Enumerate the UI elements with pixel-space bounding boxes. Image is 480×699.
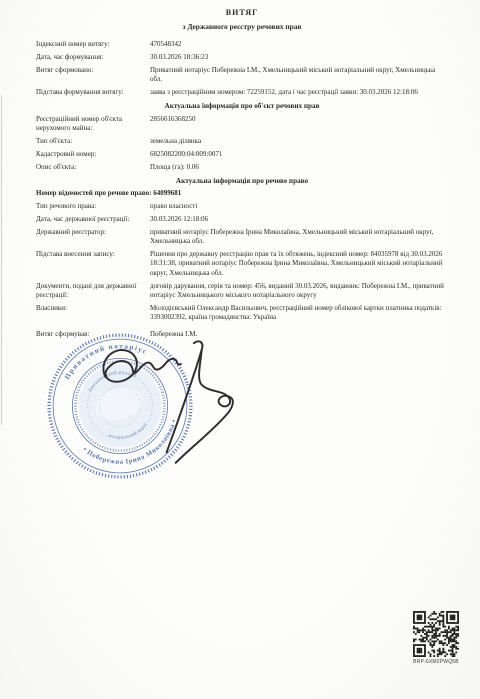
field-value: Приватний нотаріус Побережна І.М., Хмель…: [150, 66, 448, 85]
field-label: Підстава внесення запису:: [36, 250, 150, 278]
field-row: Реєстраційний номер об'єкта нерухомого м…: [36, 115, 448, 134]
field-label: Опис об'єкта:: [36, 163, 150, 172]
field-row: Власники: Молодієвський Олександр Василь…: [36, 304, 448, 323]
field-label: Кадастровий номер:: [36, 150, 150, 159]
qr-caption: BRP-6XM2PWQ5B: [398, 659, 474, 665]
field-row: Індексний номер витягу: 470548342: [36, 40, 448, 49]
signature-strokes: [92, 338, 262, 468]
field-value: Молодієвський Олександр Васильович, реєс…: [150, 304, 448, 323]
field-value: Площа (га): 0.06: [150, 163, 448, 172]
field-row: Дата, час державної реєстрації: 30.03.20…: [36, 215, 448, 224]
document-page: ВИТЯГ з Державного реєстру речових прав …: [0, 0, 480, 699]
field-label: Власники:: [36, 304, 150, 323]
section-title-object: Актуальна інформація про об'єкт речових …: [36, 102, 448, 112]
field-value: заява з реєстраційним номером: 72259152,…: [150, 88, 448, 97]
field-value: 6825082200:04:009:0071: [150, 150, 448, 159]
record-number-line: Номер відомостей про речове право: 64099…: [36, 189, 448, 199]
document-content: ВИТЯГ з Державного реєстру речових прав …: [36, 8, 448, 340]
field-label: Тип об'єкта:: [36, 137, 150, 146]
field-row: Опис об'єкта: Площа (га): 0.06: [36, 163, 448, 172]
field-label: Індексний номер витягу:: [36, 40, 150, 49]
field-value: договір дарування, серія та номер: 456, …: [150, 282, 448, 301]
signature: [92, 338, 262, 468]
field-value: 2856616368250: [150, 115, 448, 134]
field-value: 30.03.2026 12:18:06: [150, 215, 448, 224]
field-label: Витяг сформовано:: [36, 66, 150, 85]
field-row: Тип речового права: право власності: [36, 202, 448, 211]
field-label: Документи, подані для державної реєстрац…: [36, 282, 150, 301]
field-row: Витяг сформовано: Приватний нотаріус Поб…: [36, 66, 448, 85]
signature-hook: [176, 350, 233, 463]
document-subtitle: з Державного реєстру речових прав: [36, 22, 448, 31]
field-row: Підстава формування витягу: заява з реєс…: [36, 88, 448, 97]
field-row: Кадастровий номер: 6825082200:04:009:007…: [36, 150, 448, 159]
field-value: 470548342: [150, 40, 448, 49]
field-value: приватний нотаріус Побережна Ірина Микол…: [150, 228, 448, 247]
field-row: Дата, час формування: 30.03.2026 18:36:2…: [36, 53, 448, 62]
field-value: право власності: [150, 202, 448, 211]
field-row: Державний реєстратор: приватний нотаріус…: [36, 228, 448, 247]
field-row: Документи, подані для державної реєстрац…: [36, 282, 448, 301]
qr-code-image: [413, 611, 459, 657]
field-label: Дата, час формування:: [36, 53, 150, 62]
field-label: Дата, час державної реєстрації:: [36, 215, 150, 224]
qr-code: [413, 611, 459, 657]
field-value: Рішення про державну реєстрацію прав та …: [150, 250, 448, 278]
section-title-right: Актуальна інформація про речове право: [36, 177, 448, 187]
signature-loop: [103, 350, 180, 382]
field-row: Підстава внесення запису: Рішення про де…: [36, 250, 448, 278]
document-title: ВИТЯГ: [36, 8, 448, 18]
field-value: земельна ділянка: [150, 137, 448, 146]
field-label: Державний реєстратор:: [36, 228, 150, 247]
field-row: Тип об'єкта: земельна ділянка: [36, 137, 448, 146]
field-label: Тип речового права:: [36, 202, 150, 211]
field-value: 30.03.2026 18:36:23: [150, 53, 448, 62]
field-label: Підстава формування витягу:: [36, 88, 150, 97]
scan-edge-artifact: [1, 95, 2, 425]
field-label: Реєстраційний номер об'єкта нерухомого м…: [36, 115, 150, 134]
